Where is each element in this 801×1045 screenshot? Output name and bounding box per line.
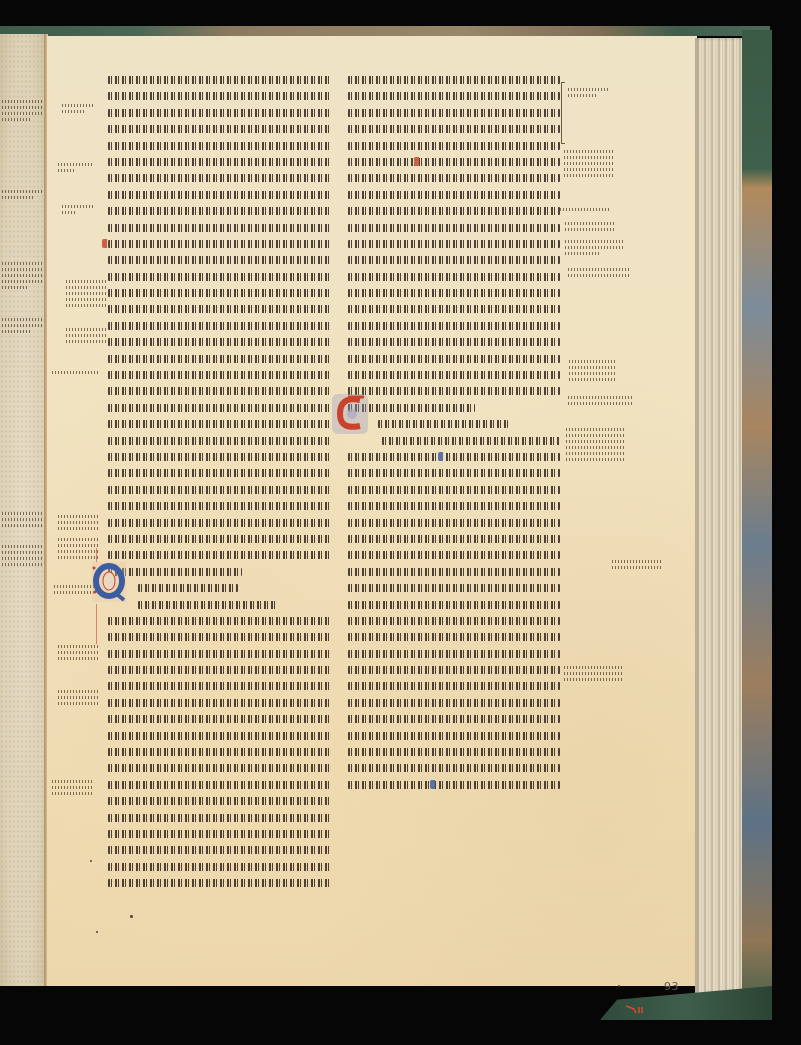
paragraph-mark-blue: [430, 780, 435, 789]
margin-gloss: [565, 240, 625, 258]
margin-gloss: [52, 371, 100, 377]
margin-gloss: [564, 150, 614, 180]
margin-gloss: [66, 328, 106, 346]
top-binding: [0, 26, 770, 36]
margin-gloss: [568, 268, 630, 280]
left-page-gloss: [2, 545, 42, 569]
margin-gloss: [58, 515, 100, 533]
margin-gloss: [62, 104, 94, 116]
margin-gloss: [560, 208, 610, 214]
parchment-speck: [130, 915, 133, 918]
margin-gloss: [568, 396, 632, 408]
margin-gloss: [569, 360, 617, 384]
margin-gloss: [612, 560, 662, 572]
margin-gloss: [66, 280, 106, 310]
decorated-initial-q: [92, 562, 126, 602]
margin-bracket: [561, 82, 565, 144]
margin-gloss: [568, 88, 608, 100]
left-page-gloss: [2, 318, 44, 336]
paragraph-mark-red: [102, 239, 107, 248]
margin-gloss: [566, 428, 626, 464]
margin-gloss: [58, 538, 100, 562]
parchment-speck: [96, 931, 98, 933]
left-page-gloss: [2, 262, 44, 292]
margin-gloss: [62, 205, 94, 217]
margin-gloss: [58, 163, 94, 175]
manuscript-photo: 93: [0, 0, 801, 1045]
penwork-flourish: [96, 548, 97, 562]
margin-gloss: [58, 690, 98, 708]
text-column-b: [348, 76, 560, 797]
left-page-gloss: [2, 512, 42, 530]
parchment-speck: [618, 985, 620, 987]
margin-gloss: [52, 780, 94, 798]
margin-gloss: [58, 645, 98, 663]
decorated-initial-c: [332, 392, 368, 434]
penwork-flourish: [96, 604, 97, 644]
parchment-speckle: [0, 34, 46, 986]
paragraph-mark-blue: [438, 452, 443, 461]
margin-gloss: [564, 666, 622, 684]
margin-gloss: [54, 585, 94, 597]
text-column-a: [108, 76, 332, 896]
left-page-gloss: [2, 100, 42, 124]
cover-edge: [742, 30, 772, 1020]
parchment-speck: [90, 860, 92, 862]
margin-gloss: [565, 222, 615, 234]
left-page-edge: [0, 34, 46, 986]
red-signature-mark: [625, 1003, 645, 1015]
folio-number: 93: [664, 980, 679, 993]
page-edges: [695, 38, 743, 1013]
paragraph-mark-red: [414, 157, 419, 166]
left-page-gloss: [2, 190, 42, 202]
